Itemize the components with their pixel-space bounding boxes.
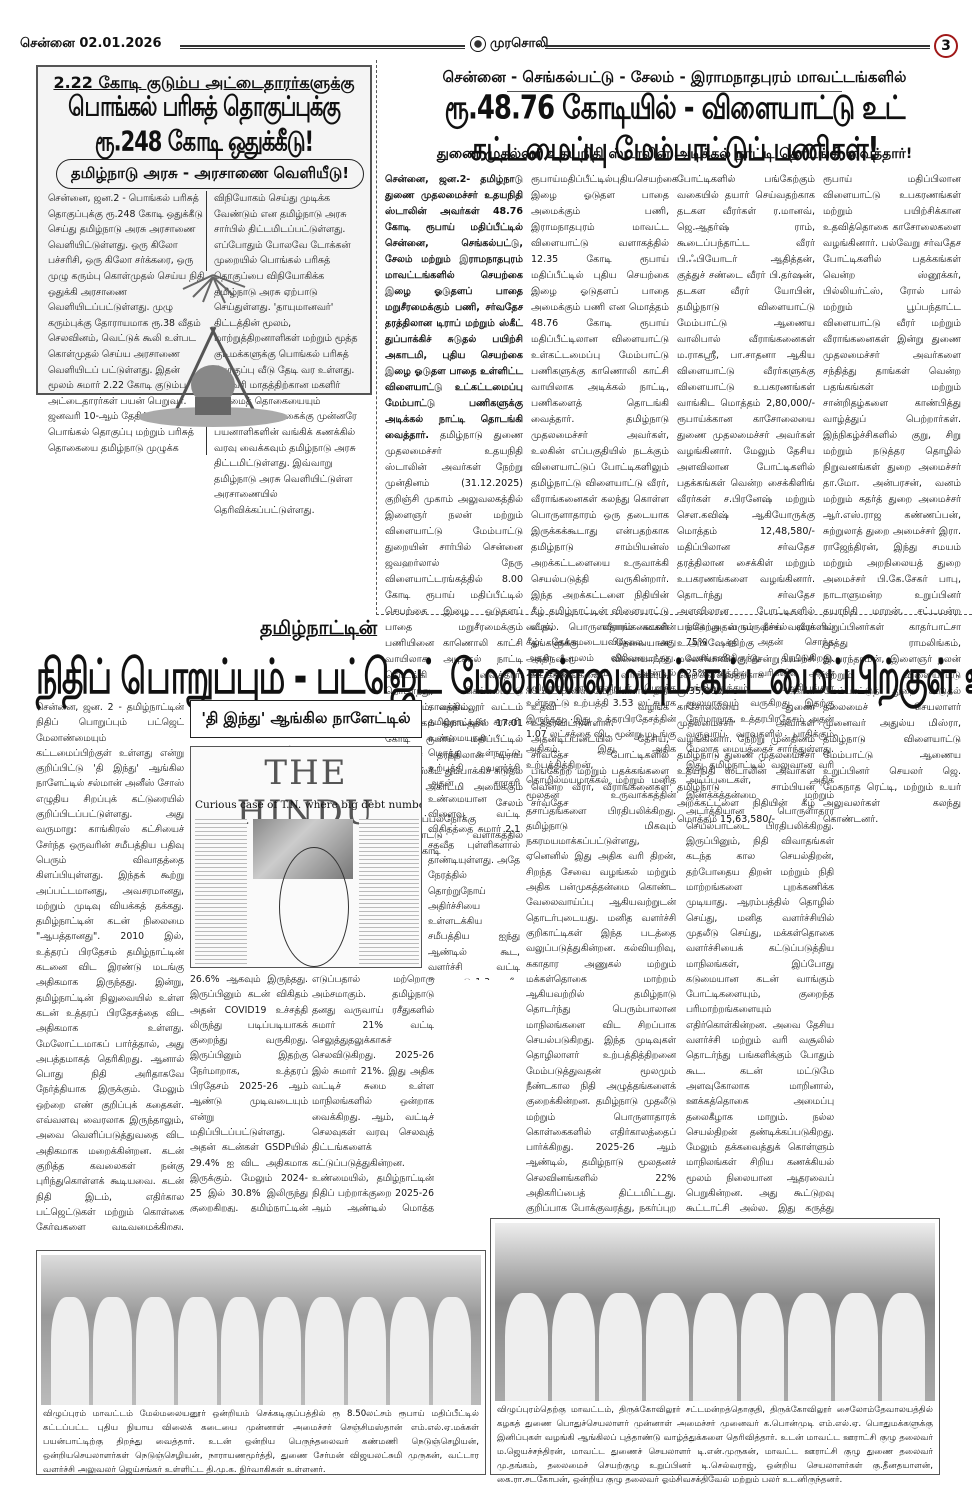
- event-photo: [495, 1223, 935, 1401]
- pongal-gift-story: 2.22 கோடி குடும்ப அட்டைதாரர்களுக்கு பொங்…: [36, 65, 372, 395]
- finance-column-5: டைதல். பொருளாதாரம் கடனின் கீழ் தேக்கமடைய…: [526, 620, 676, 1215]
- sports-lead: தமிழ்நாடு துணை முதலமைச்சர் உதயநிதி ஸ்டால…: [385, 174, 523, 441]
- page-header: சென்னை 02.01.2026 முரசொலி 3: [0, 0, 972, 60]
- sports-kicker: சென்னை - செங்கல்பட்டு - சேலம் - இராமநாதப…: [377, 68, 972, 88]
- finance-column-1: சென்னை, ஜன. 2 - தமிழ்நாட்டின் நிதிப் பொற…: [36, 700, 184, 1230]
- murasoli-emblem-icon: [470, 36, 486, 52]
- sports-infrastructure-story: சென்னை - செங்கல்பட்டு - சேலம் - இராமநாதப…: [376, 60, 972, 615]
- finance-kicker: தமிழ்நாட்டின்: [260, 617, 377, 642]
- header-rule-right: [545, 45, 930, 49]
- photo-caption-right: விழுப்புரம்தெற்கு மாவட்டம், திருக்கோவிலூ…: [497, 1403, 933, 1487]
- masthead-title: முரசொலி: [490, 36, 549, 52]
- sports-dateline: சென்னை, ஜன.2-: [385, 174, 470, 185]
- sports-subhead: துணை முதல்வர் உதயநிதி ஸ்டாலின் அடிக்கல் …: [377, 146, 972, 164]
- photo-ration-shop-opening: விழுப்புரம் மாவட்டம் மேல்மலையனூர் ஒன்றிய…: [36, 1250, 486, 1475]
- photo-caption-left: விழுப்புரம் மாவட்டம் மேல்மலையனூர் ஒன்றிய…: [43, 1407, 479, 1477]
- the-hindu-label-box: 'தி இந்து' ஆங்கில நாளேட்டில் கட்டுரை!: [190, 700, 422, 738]
- clipping-text-column: [195, 819, 247, 964]
- event-photo: [41, 1255, 481, 1405]
- clipping-circle-annotation-icon: [279, 847, 349, 967]
- masthead: முரசொலி: [470, 36, 549, 52]
- the-hindu-headline: Curious case of T.N. where big debt numb…: [195, 799, 422, 811]
- the-hindu-clipping: THE HINDU Curious case of T.N. where big…: [190, 746, 422, 968]
- finance-column-4: காலத்தில், தமிழ்நாட்டின் சராசரி உண்மையான…: [428, 700, 520, 980]
- photo-new-year-greetings: விழுப்புரம்தெற்கு மாவட்டம், திருக்கோவிலூ…: [490, 1218, 940, 1475]
- pongal-headline: பொங்கல் பரிசுத் தொகுப்புக்கு ரூ.248 கோடி…: [38, 91, 370, 161]
- header-rule-left: [180, 45, 465, 49]
- page-date: சென்னை 02.01.2026: [20, 36, 162, 52]
- section-divider: [376, 614, 972, 615]
- column-divider: [206, 191, 207, 271]
- page-number: 3: [934, 34, 958, 58]
- finance-column-2: 26.6% ஆகவும் இருந்தது. இருப்பினும் கடன் …: [190, 972, 308, 1212]
- finance-column-3: எடுப்பதால் மற்றொரு அம்சமாகும். தமிழ்நாடு…: [312, 972, 434, 1212]
- clipping-text-column: [359, 819, 419, 964]
- pongal-pot-illustration-icon: [133, 267, 293, 427]
- pongal-subhead: தமிழ்நாடு அரசு - அரசாணை வெளியீடு!: [56, 159, 364, 189]
- finance-column-6: நாடு அதன் வருவாய் வரவுகளில் 75% ஐ அதன் ச…: [686, 620, 834, 1215]
